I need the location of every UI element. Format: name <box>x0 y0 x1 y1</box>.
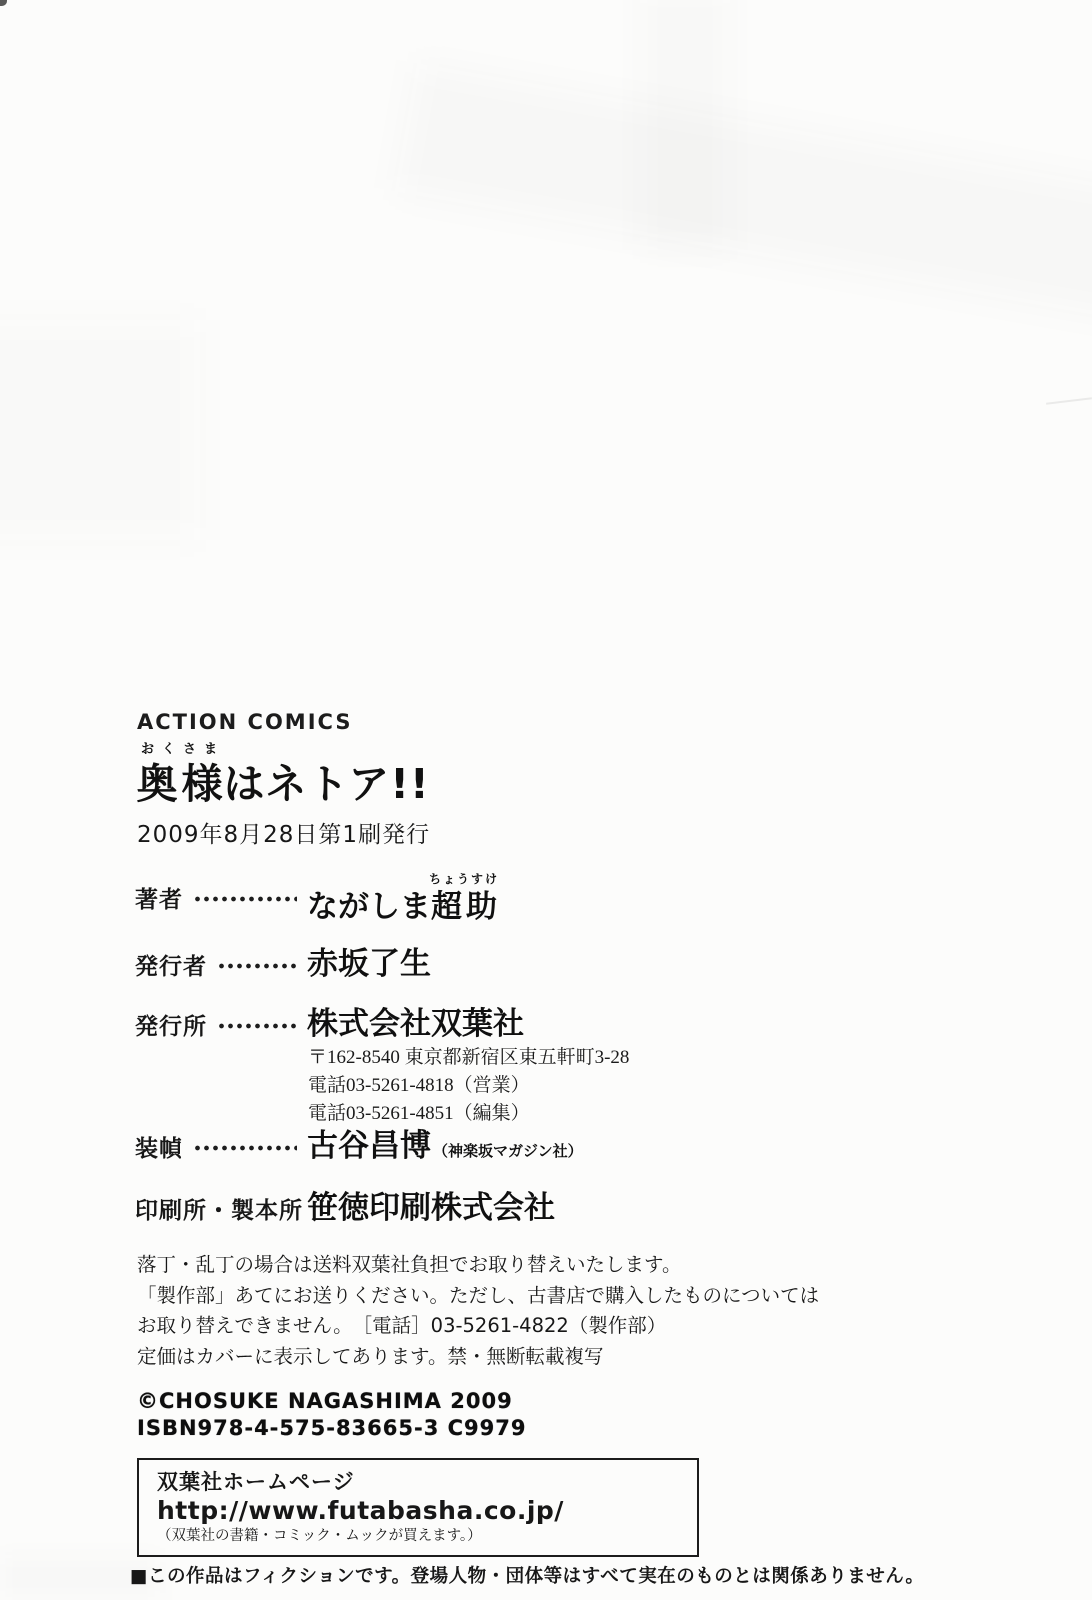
title-ruby: 奥様おくさま <box>135 760 224 808</box>
scan-corner-speck <box>0 0 7 6</box>
copyright-block: ©CHOSUKE NAGASHIMA 2009 ISBN978-4-575-83… <box>137 1388 527 1442</box>
credit-row-publisher: 発行所 株式会社双葉社 <box>135 1008 755 1041</box>
scan-smudge-left <box>0 320 200 540</box>
designer-name: 古谷昌博 <box>307 1128 431 1164</box>
notice-line: 定価はカバーに表示してあります。禁・無断転載複写 <box>137 1342 819 1373</box>
homepage-box: 双葉社ホームページ http://www.futabasha.co.jp/ （双… <box>137 1458 699 1557</box>
author-name: ながしま超助ちょうすけ <box>307 872 499 923</box>
author-label-area: 著者 <box>135 881 307 914</box>
publisher-address: 〒162-8540 東京都新宿区東五軒町3-28 電話03-5261-4818（… <box>308 1044 629 1128</box>
author-ruby-base: 超助 <box>429 889 499 925</box>
publisher-person-label: 発行者 <box>135 948 207 981</box>
credit-row-publisher-person: 発行者 赤坂了生 <box>135 948 755 981</box>
homepage-note: （双葉社の書籍・コミック・ムックが買えます。） <box>157 1526 681 1546</box>
leader-dots <box>193 1145 297 1151</box>
leader-dots <box>193 896 297 902</box>
leader-dots <box>217 1023 297 1029</box>
colophon-page: { "page": { "imprint": "ACTION COMICS", … <box>0 0 1092 1600</box>
homepage-url: http://www.futabasha.co.jp/ <box>157 1496 681 1526</box>
notice-line: お取り替えできません。 ［電話］03-5261-4822（製作部） <box>137 1311 819 1342</box>
publisher-label: 発行所 <box>135 1008 207 1041</box>
book-title-block: 奥様おくさまはネトア!! <box>135 742 430 805</box>
scan-hairline <box>1046 397 1092 405</box>
scan-smudge-streak <box>640 0 730 250</box>
author-label: 著者 <box>135 881 183 914</box>
isbn-line: ISBN978-4-575-83665-3 C9979 <box>137 1415 527 1442</box>
book-title: 奥様おくさまはネトア!! <box>135 760 430 808</box>
credit-row-author: 著者 ながしま超助ちょうすけ <box>135 872 755 923</box>
homepage-title: 双葉社ホームページ <box>157 1468 681 1496</box>
design-name: 古谷昌博（神楽坂マガジン社） <box>307 1131 583 1162</box>
publisher-person-name: 赤坂了生 <box>307 949 431 980</box>
design-label-area: 装幀 <box>135 1130 307 1163</box>
title-furigana: おくさま <box>135 742 225 761</box>
notice-line: 「製作部」あてにお送りください。ただし、古書店で購入したものについては <box>137 1281 819 1312</box>
leader-dots <box>217 963 297 969</box>
publisher-label-area: 発行所 <box>135 1008 307 1041</box>
notice-line: 落丁・乱丁の場合は送料双葉社負担でお取り替えいたします。 <box>137 1250 819 1281</box>
author-name-plain: ながしま <box>307 889 431 925</box>
author-furigana: ちょうすけ <box>429 872 499 889</box>
author-name-ruby: 超助ちょうすけ <box>431 889 499 925</box>
publisher-person-label-area: 発行者 <box>135 948 307 981</box>
title-rest: はネトア!! <box>224 760 430 808</box>
copyright-line: ©CHOSUKE NAGASHIMA 2009 <box>137 1388 527 1415</box>
design-studio-note: （神楽坂マガジン社） <box>433 1142 583 1160</box>
fiction-disclaimer: ■この作品はフィクションです。登場人物・団体等はすべて実在のものとは関係ありませ… <box>130 1562 924 1588</box>
credit-row-design: 装幀 古谷昌博（神楽坂マガジン社） <box>135 1130 755 1163</box>
design-label: 装幀 <box>135 1130 183 1163</box>
title-ruby-base: 奥様 <box>135 760 225 808</box>
address-line-phone-sales: 電話03-5261-4818（営業） <box>308 1072 629 1100</box>
printer-label: 印刷所・製本所 <box>135 1192 303 1225</box>
publisher-name: 株式会社双葉社 <box>307 1009 524 1040</box>
imprint-label: ACTION COMICS <box>137 710 352 734</box>
address-line: 〒162-8540 東京都新宿区東五軒町3-28 <box>308 1044 629 1072</box>
printer-label-area: 印刷所・製本所 <box>135 1192 307 1225</box>
edition-date: 2009年8月28日第1刷発行 <box>137 816 430 849</box>
address-line-phone-editorial: 電話03-5261-4851（編集） <box>308 1100 629 1128</box>
printer-name: 笹徳印刷株式会社 <box>307 1193 555 1224</box>
credit-row-printer: 印刷所・製本所 笹徳印刷株式会社 <box>135 1192 755 1225</box>
scan-smudge-band <box>395 63 1092 326</box>
replacement-notice: 落丁・乱丁の場合は送料双葉社負担でお取り替えいたします。 「製作部」あてにお送り… <box>137 1250 819 1372</box>
